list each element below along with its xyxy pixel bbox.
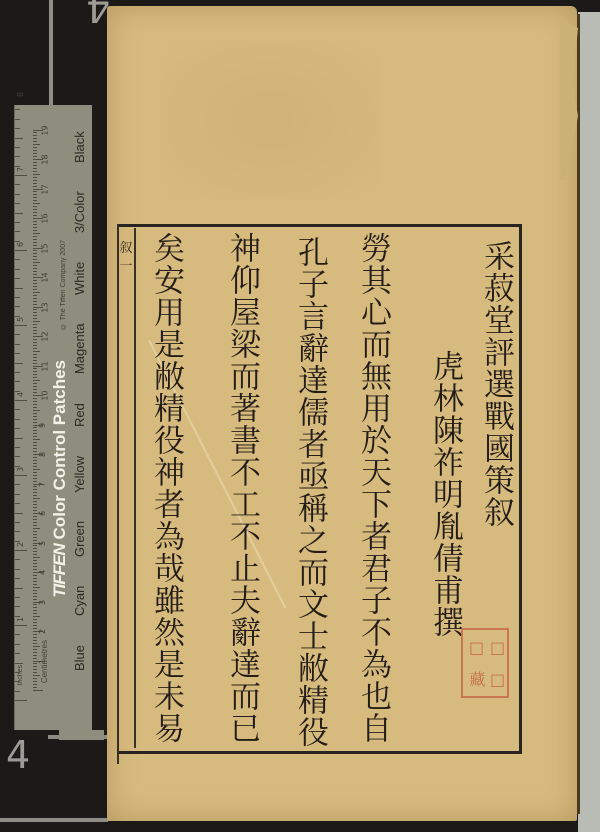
ruler-tick-inch <box>15 306 20 307</box>
ruler-tick <box>33 445 37 446</box>
ruler-tick <box>33 489 37 490</box>
ruler-tick <box>33 191 37 192</box>
ruler-tick-inch <box>15 522 20 523</box>
ruler-tick <box>33 407 37 408</box>
ruler-cm-number: 10 <box>41 390 50 400</box>
ruler-tick <box>33 430 37 431</box>
ruler-tick <box>33 475 37 476</box>
ruler-tick <box>33 206 37 207</box>
ruler-tick-inch <box>15 353 20 354</box>
ruler-tick <box>33 342 37 343</box>
ruler-tick <box>33 253 37 254</box>
ruler-tick-inch <box>15 288 23 289</box>
ruler-tick <box>33 227 37 228</box>
ruler-tick <box>33 180 37 181</box>
ruler-tick <box>33 383 37 384</box>
ruler-tick <box>33 658 37 659</box>
ruler-tick <box>33 481 37 482</box>
ruler-tick <box>33 663 37 664</box>
ruler-tick <box>33 563 37 564</box>
ruler-tick <box>33 593 37 594</box>
ruler-cm-number: 5 <box>38 540 47 545</box>
ruler-tick <box>33 466 37 467</box>
ruler-tick <box>33 652 37 653</box>
ruler-tick <box>33 575 37 576</box>
ruler-tick-inch <box>15 128 20 129</box>
ruler-tick <box>33 534 37 535</box>
ruler-tick <box>33 245 37 246</box>
ruler-tick <box>33 460 37 461</box>
ruler-tick <box>33 640 37 641</box>
ruler-inch-number: 5 <box>16 317 25 322</box>
swatch-label-white: White <box>72 262 87 295</box>
ruler-tick <box>33 156 37 157</box>
ruler-tick <box>33 354 37 355</box>
ruler-cm-number: 17 <box>41 184 50 194</box>
ruler-cm-number: 7 <box>38 481 47 486</box>
swatch-label-yellow: Yellow <box>72 456 87 493</box>
ruler-tick <box>33 233 40 234</box>
ruler-tick-inch <box>15 194 20 195</box>
ruler-tick <box>33 581 37 582</box>
ruler-tick <box>33 622 37 623</box>
ruler-tick <box>33 613 37 614</box>
ruler-tick <box>33 380 40 381</box>
ruler-tick <box>33 194 37 195</box>
ruler-tick <box>33 147 37 148</box>
ruler-cm-number: 11 <box>41 361 50 371</box>
ruler-tick <box>33 401 37 402</box>
ruler-tick-inch <box>15 653 20 654</box>
ruler-tick <box>33 578 37 579</box>
board-guide-line <box>49 0 53 110</box>
ruler-tick <box>33 519 37 520</box>
ruler-tick <box>33 554 37 555</box>
ruler-tick-inch <box>15 475 27 476</box>
swatch-label-blue: Blue <box>72 645 87 671</box>
ruler-tick-inch <box>15 597 20 598</box>
product-name: Color Control Patches <box>50 360 69 539</box>
ruler-tick <box>33 265 37 266</box>
ruler-tick-inch <box>15 381 20 382</box>
swatch-label-3color: 3/Color <box>72 191 87 233</box>
ruler-inch-number: 2 <box>16 542 25 547</box>
ruler-tick <box>33 212 37 213</box>
ruler-tick <box>33 666 37 667</box>
ruler-tick-inch <box>15 269 20 270</box>
ruler-tick <box>33 357 37 358</box>
ruler-tick <box>33 283 37 284</box>
ruler-tick <box>33 525 37 526</box>
seal-char: 藏 <box>464 663 485 695</box>
ruler-tick <box>33 463 37 464</box>
ruler-tick <box>33 268 37 269</box>
ruler-tick-inch <box>15 672 20 673</box>
ruler-tick <box>33 684 37 685</box>
ruler-tick <box>33 681 37 682</box>
ruler-tick <box>33 236 37 237</box>
ruler-tick <box>33 531 37 532</box>
grey-backing-card <box>578 12 600 832</box>
ruler-tick <box>33 386 37 387</box>
swatch-label-red: Red <box>72 403 87 427</box>
ruler-tick <box>33 230 37 231</box>
ruler-tick <box>33 324 37 325</box>
ruler-tick <box>33 348 37 349</box>
ruler-tick-inch <box>15 372 20 373</box>
ruler-tick <box>33 165 37 166</box>
ruler-tick <box>33 419 37 420</box>
ruler-tick <box>33 262 40 263</box>
ruler-tick <box>33 259 37 260</box>
text-column-4: 矣安用是敝精役神者為哉雖然是未易 <box>146 232 186 744</box>
ruler-tick <box>33 141 37 142</box>
strip-tab <box>59 730 104 740</box>
ruler-cm-number: 2 <box>38 629 47 634</box>
ruler-tick <box>33 224 37 225</box>
ruler-tick <box>33 560 37 561</box>
ruler-tick <box>33 339 37 340</box>
ruler-unit-inches: Inches <box>17 665 24 686</box>
ruler-tick <box>33 507 37 508</box>
ruler-tick <box>33 678 37 679</box>
ruler-tick-inch <box>15 325 27 326</box>
ruler-tick-inch <box>15 578 20 579</box>
ruler-tick <box>33 312 37 313</box>
ruler-tick <box>33 551 37 552</box>
ruler-tick-inch <box>15 250 27 251</box>
ruler-tick-inch <box>15 278 20 279</box>
ruler-tick <box>33 427 37 428</box>
printed-border-left <box>117 224 119 764</box>
ruler-tick <box>33 628 37 629</box>
ruler-tick-inch <box>15 147 20 148</box>
ruler-tick <box>33 472 37 473</box>
ruler-tick-inch <box>15 259 20 260</box>
ruler-tick <box>33 649 37 650</box>
ruler-tick <box>33 436 37 437</box>
ruler-cm-number: 6 <box>38 511 47 516</box>
ruler-inch-number: 3 <box>16 467 25 472</box>
ruler-tick-inch <box>15 334 20 335</box>
ruler-tick-inch <box>15 419 20 420</box>
seal-char: □ <box>485 663 506 695</box>
ruler-tick <box>33 619 37 620</box>
text-column-1: 勞其心而無用於天下者君子不為也自 <box>353 232 393 744</box>
ruler-tick-inch <box>15 138 23 139</box>
ruler-tick-inch <box>15 344 20 345</box>
ruler-tick <box>33 327 37 328</box>
ruler-tick-inch <box>15 184 20 185</box>
ruler-cm-number: 13 <box>41 302 50 312</box>
seal-char: □ <box>485 631 506 663</box>
ruler-tick <box>33 566 37 567</box>
ruler-tick-inch <box>15 109 20 110</box>
ruler-tick <box>33 584 37 585</box>
ruler-tick <box>33 239 37 240</box>
title-column: 采菽堂評選戰國策叙 <box>476 240 516 528</box>
tiffen-logo: TIFFEN <box>50 544 69 598</box>
ruler-tick <box>33 377 37 378</box>
ruler-tick <box>33 486 37 487</box>
ruler-tick <box>33 522 37 523</box>
ruler-tick <box>33 410 40 411</box>
ruler-tick <box>33 132 37 133</box>
ruler-tick <box>33 537 37 538</box>
ruler-tick <box>33 448 37 449</box>
ruler-tick <box>33 510 37 511</box>
swatch-labels: Blue Cyan Green Yellow Red Magenta White… <box>72 128 87 674</box>
ruler-cm-number: 9 <box>38 422 47 427</box>
ruler-tick <box>33 451 37 452</box>
ruler-tick <box>33 646 40 647</box>
ruler-tick <box>33 413 37 414</box>
ruler-tick <box>33 168 37 169</box>
ruler-tick <box>33 442 37 443</box>
ruler-tick <box>33 398 37 399</box>
ruler-tick <box>33 177 37 178</box>
board-number-bottom: 4 <box>6 733 30 777</box>
ruler-tick <box>33 360 37 361</box>
ruler-tick <box>33 274 37 275</box>
ruler-cm-number: 3 <box>38 599 47 604</box>
ruler-tick <box>33 318 37 319</box>
ruler-tick <box>33 557 40 558</box>
ruler-tick-inch <box>15 222 20 223</box>
ruler-tick <box>33 422 37 423</box>
ruler-tick-inch <box>15 484 20 485</box>
ruler-tick <box>33 587 40 588</box>
ruler-tick <box>33 374 37 375</box>
ruler-tick <box>33 135 37 136</box>
ruler-edge <box>14 105 15 730</box>
author-column: 虎林陳祚明胤倩甫撰 <box>425 350 465 638</box>
ruler-tick <box>33 200 37 201</box>
ruler-tick <box>33 655 37 656</box>
ruler-tick-inch <box>15 634 20 635</box>
ruler-tick <box>33 478 37 479</box>
ruler-tick <box>33 174 40 175</box>
ruler-cm-number: 19 <box>41 125 50 135</box>
ruler-tick <box>33 250 37 251</box>
ruler-tick <box>33 596 37 597</box>
ruler-tick <box>33 610 37 611</box>
ruler-tick-inch <box>15 588 23 589</box>
ruler-tick <box>33 457 37 458</box>
ruler-tick-inch <box>15 606 20 607</box>
ruler-tick <box>33 687 37 688</box>
ruler-cm-number: 16 <box>41 213 50 223</box>
paper-stain <box>160 40 380 200</box>
ruler-tick <box>33 309 37 310</box>
ruler-tick <box>33 271 37 272</box>
ruler-tick <box>33 616 40 617</box>
ruler-tick <box>33 144 40 145</box>
text-column-2: 孔子言辭達儒者亟稱之而文士敝精役 <box>290 236 330 748</box>
ruler-cm-number: 1 <box>38 658 47 663</box>
ruler-tick-inch <box>15 363 23 364</box>
ruler-inch-number: 7 <box>16 167 25 172</box>
ruler-tick <box>33 599 37 600</box>
ruler-tick <box>33 637 37 638</box>
ruler-tick <box>33 209 37 210</box>
ruler-tick <box>33 675 40 676</box>
ruler-tick-inch <box>15 409 20 410</box>
ruler-tick-inch <box>15 447 20 448</box>
ruler-cm-number: 8 <box>38 452 47 457</box>
ruler-tick <box>33 669 37 670</box>
ruler-tick <box>33 289 37 290</box>
swatch-label-black: Black <box>72 131 87 163</box>
ruler-tick-inch <box>15 494 20 495</box>
ruler-tick <box>33 389 37 390</box>
ruler-tick <box>33 371 37 372</box>
ruler-tick <box>33 333 37 334</box>
ruler-tick-inch <box>15 231 20 232</box>
ruler-cm-number: 4 <box>38 570 47 575</box>
ruler-tick-inch <box>15 550 27 551</box>
ruler-tick-inch <box>15 681 20 682</box>
ruler-tick <box>33 197 37 198</box>
ruler-tick <box>33 345 37 346</box>
ruler-tick <box>33 256 37 257</box>
swatch-label-magenta: Magenta <box>72 324 87 375</box>
ruler-tick <box>33 138 37 139</box>
ruler-tick-inch <box>15 203 20 204</box>
ruler-tick <box>33 368 37 369</box>
copyright-notice: © The Tiffen Company 2007 <box>60 240 67 329</box>
ruler-tick <box>33 504 37 505</box>
ruler-tick <box>33 171 37 172</box>
ruler-tick <box>33 215 37 216</box>
ruler-tick <box>33 363 37 364</box>
ruler-tick-inch <box>15 400 27 401</box>
ruler-tick <box>33 540 37 541</box>
ruler-tick <box>33 298 37 299</box>
ruler-tick <box>33 501 37 502</box>
ruler-inch-number: 4 <box>16 392 25 397</box>
ruler-tick <box>33 315 37 316</box>
ruler-tick <box>33 469 40 470</box>
ruler-tick-inch <box>15 213 23 214</box>
ruler-tick <box>33 625 37 626</box>
ruler-tick <box>33 569 37 570</box>
ruler-tick <box>33 286 37 287</box>
ruler-tick <box>33 643 37 644</box>
ruler-tick <box>33 186 37 187</box>
ruler-tick <box>33 548 37 549</box>
ruler-cm-number: 18 <box>41 154 50 164</box>
tiffen-brand: TIFFEN Color Control Patches <box>50 360 70 598</box>
seal-char: □ <box>464 631 485 663</box>
ruler-cm-number: 14 <box>41 272 50 282</box>
ruler-tick-inch <box>15 428 20 429</box>
ruler-tick-inch <box>15 297 20 298</box>
ruler-cm-number: 15 <box>41 243 50 253</box>
ruler-tick <box>33 604 37 605</box>
ruler-tick <box>33 183 37 184</box>
ruler-tick <box>33 404 37 405</box>
ruler-tick-inch <box>15 625 27 626</box>
ruler-tick-inch <box>15 569 20 570</box>
ruler-tick <box>33 301 37 302</box>
ruler-tick <box>33 351 40 352</box>
ruler-tick <box>33 495 37 496</box>
ruler-tick-inch <box>15 503 20 504</box>
ruler-tick <box>33 153 37 154</box>
ruler-tick-inch <box>15 456 20 457</box>
ruler-tick <box>33 392 37 393</box>
ruler-tick-inch <box>15 119 20 120</box>
board-guide-line <box>0 818 108 822</box>
ruler-tick <box>33 295 37 296</box>
ruler-tick <box>33 439 40 440</box>
ruler-tick <box>33 162 37 163</box>
ruler-inch-number: 6 <box>16 242 25 247</box>
ruler-tick-inch <box>15 700 27 701</box>
ruler-tick <box>33 321 40 322</box>
ruler-tick-inch <box>15 438 23 439</box>
ruler-tick <box>33 492 37 493</box>
ruler-tick-inch <box>15 531 20 532</box>
ruler-tick <box>33 433 37 434</box>
ruler-tick <box>33 545 37 546</box>
ruler-tick-inch <box>15 559 20 560</box>
ruler-inch-number: 1 <box>16 617 25 622</box>
ruler-tick <box>33 516 37 517</box>
ruler-tick-inch <box>15 644 20 645</box>
ruler-tick <box>33 203 40 204</box>
ruler-tick <box>33 150 37 151</box>
margin-column-divider <box>134 228 136 748</box>
fold-margin-label: 叙 一 <box>118 240 134 276</box>
ruler-tick <box>33 221 37 222</box>
ruler-tick <box>33 634 37 635</box>
ruler-tick <box>33 292 40 293</box>
ruler-tick-inch <box>15 691 20 692</box>
collector-seal: □ □ □ 藏 <box>461 628 509 698</box>
ruler-tick <box>33 304 37 305</box>
ruler-tick <box>33 242 37 243</box>
ruler-cm-number: 12 <box>41 331 50 341</box>
ruler-tick-inch <box>15 156 20 157</box>
ruler-tick <box>33 330 37 331</box>
text-column-3: 神仰屋梁而著書不工不止夫辭達而已 <box>222 232 262 744</box>
ruler-tick <box>33 607 37 608</box>
ruler-tick-inch <box>15 663 23 664</box>
ruler-tick <box>33 498 40 499</box>
ruler-tick-inch <box>15 513 23 514</box>
ruler-tick <box>33 672 37 673</box>
swatch-label-cyan: Cyan <box>72 586 87 616</box>
ruler-tick <box>33 280 37 281</box>
ruler-tick <box>33 590 37 591</box>
swatch-label-green: Green <box>72 521 87 557</box>
ruler-tick <box>33 528 40 529</box>
ruler-tick <box>33 416 37 417</box>
ruler-inch-number: 8 <box>16 92 25 97</box>
ruler-tick <box>33 690 43 691</box>
ruler-tick-inch <box>15 175 27 176</box>
